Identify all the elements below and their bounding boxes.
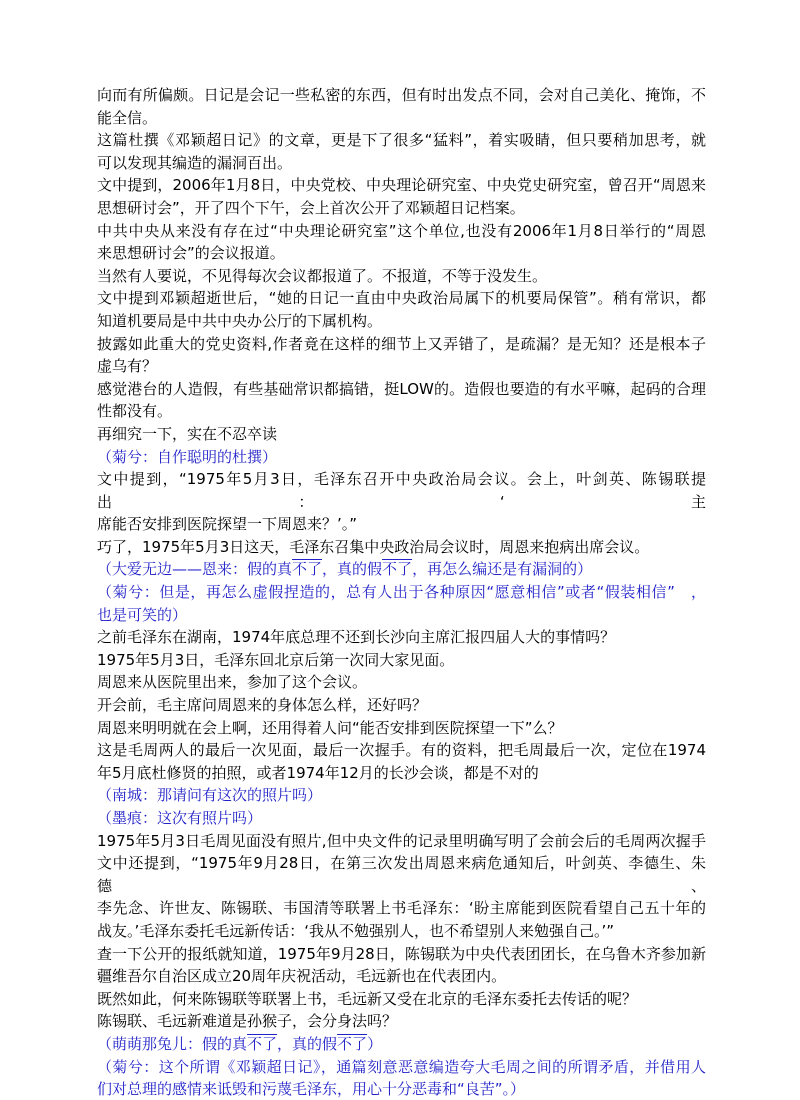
text-segment: ） <box>367 1035 382 1053</box>
text-line: 巧了，1975年5月3日这天，毛泽东召集中央政治局会议时，周恩来抱病出席会议。 <box>97 536 706 559</box>
text-segment: （大爱无边——恩来：假的真 <box>97 560 292 578</box>
text-line: （菊兮：这个所谓《邓颖超日记》，通篇刻意恶意编造夸大毛周之间的所谓矛盾，并借用人 <box>97 1056 706 1079</box>
text-segment: （萌萌那兔儿：假的真 <box>97 1035 247 1053</box>
text-line: 可以发现其编造的漏洞百出。 <box>97 152 706 175</box>
text-line: 披露如此重大的党史资料,作者竟在这样的细节上又弄错了，是疏漏？是无知？还是根本子 <box>97 333 706 356</box>
text-segment: 年5月底杜修贤的拍照，或者1974年12月的长沙会谈，都是不对的 <box>97 764 539 782</box>
overlined-text: 不了 <box>292 560 322 578</box>
text-line: 思想研讨会”，开了四个下午，会上首次公开了邓颖超日记档案。 <box>97 197 706 220</box>
text-line: 这篇杜撰《邓颖超日记》的文章，更是下了很多“猛料”，着实吸睛，但只要稍加思考，就 <box>97 129 706 152</box>
text-line: （大爱无边——恩来：假的真不了，真的假不了，再怎么编还是有漏洞的） <box>97 558 706 581</box>
text-segment: 文中提到邓颖超逝世后，“她的日记一直由中央政治局属下的机要局保管”。稍有常识，都 <box>97 289 706 307</box>
text-segment: 之前毛泽东在湖南，1974年底总理不还到长沙向主席汇报四届人大的事情吗？ <box>97 628 615 646</box>
text-line: 李先念、许世友、陈锡联、韦国清等联署上书毛泽东：‘盼主席能到医院看望自己五十年的 <box>97 897 706 920</box>
text-segment: 当然有人要说，不见得每次会议都报道了。不报道，不等于没发生。 <box>97 267 547 285</box>
text-line: 开会前，毛主席问周恩来的身体怎么样，还好吗？ <box>97 694 706 717</box>
text-segment: 李先念、许世友、陈锡联、韦国清等联署上书毛泽东：‘盼主席能到医院看望自己五十年的 <box>97 899 706 917</box>
text-line: 周恩来从医院里出来，参加了这个会议。 <box>97 671 706 694</box>
text-line: 再细究一下，实在不忍卒读 <box>97 423 706 446</box>
text-segment: 可以发现其编造的漏洞百出。 <box>97 154 292 172</box>
text-segment: 文中还提到，“1975年9月28日，在第三次发出周恩来病危通知后，叶剑英、李德生… <box>97 854 706 895</box>
text-line: 周恩来明明就在会上啊，还用得着人问“能否安排到医院探望一下”么？ <box>97 717 706 740</box>
text-line: 疆维吾尔自治区成立20周年庆祝活动，毛远新也在代表团内。 <box>97 965 706 988</box>
text-line: 这是毛周两人的最后一次见面，最后一次握手。有的资料，把毛周最后一次，定位在197… <box>97 739 706 762</box>
text-segment: 疆维吾尔自治区成立20周年庆祝活动，毛远新也在代表团内。 <box>97 967 506 985</box>
text-line: 战友。’毛泽东委托毛远新传话：‘我从不勉强别人，也不希望别人来勉强自己。’” <box>97 920 706 943</box>
text-segment: 再细究一下，实在不忍卒读 <box>97 425 277 443</box>
overlined-text: 不了 <box>382 560 412 578</box>
text-segment: 披露如此重大的党史资料,作者竟在这样的细节上又弄错了，是疏漏？是无知？还是根本子 <box>97 335 706 353</box>
text-segment: 既然如此，何来陈锡联等联署上书，毛远新又受在北京的毛泽东委托去传话的呢？ <box>97 990 637 1008</box>
overlined-text: 不了 <box>247 1035 277 1053</box>
text-line: 文中还提到，“1975年9月28日，在第三次发出周恩来病危通知后，叶剑英、李德生… <box>97 852 706 897</box>
text-line: 查一下公开的报纸就知道，1975年9月28日，陈锡联为中央代表团团长，在乌鲁木齐… <box>97 943 706 966</box>
text-line: 年5月底杜修贤的拍照，或者1974年12月的长沙会谈，都是不对的 <box>97 762 706 785</box>
text-segment: （南城：那请问有这次的照片吗） <box>97 786 322 804</box>
text-segment: 们对总理的感情来诋毁和污蔑毛泽东，用心十分恶毒和“良苦”。） <box>97 1080 525 1098</box>
text-segment: 这篇杜撰《邓颖超日记》的文章，更是下了很多“猛料”，着实吸睛，但只要稍加思考，就 <box>97 131 706 149</box>
text-line: （南城：那请问有这次的照片吗） <box>97 784 706 807</box>
text-segment: 来思想研讨会”的会议报道。 <box>97 244 285 262</box>
text-line: 中共中央从来没有存在过“中央理论研究室”这个单位,也没有2006年1月8日举行的… <box>97 220 706 243</box>
text-segment: ，真的假 <box>277 1035 337 1053</box>
text-segment: 文中提到，“1975年5月3日，毛泽东召开中央政治局会议。会上，叶剑英、陈锡联提… <box>97 470 706 511</box>
text-segment: 周恩来从医院里出来，参加了这个会议。 <box>97 673 367 691</box>
text-segment: 查一下公开的报纸就知道，1975年9月28日，陈锡联为中央代表团团长，在乌鲁木齐… <box>97 945 706 963</box>
text-line: 们对总理的感情来诋毁和污蔑毛泽东，用心十分恶毒和“良苦”。） <box>97 1078 706 1100</box>
overlined-text: 不了 <box>337 1035 367 1053</box>
text-line: 感觉港台的人造假，有些基础常识都搞错，挺LOW的。造假也要造的有水平嘛，起码的合… <box>97 378 706 401</box>
text-line: 文中提到，“1975年5月3日，毛泽东召开中央政治局会议。会上，叶剑英、陈锡联提… <box>97 468 706 513</box>
text-line: 文中提到，2006年1月8日，中央党校、中央理论研究室、中央党史研究室，曾召开“… <box>97 174 706 197</box>
document-page: 向而有所偏颇。日记是会记一些私密的东西，但有时出发点不同，会对自己美化、掩饰，不… <box>0 0 800 1100</box>
text-line: 来思想研讨会”的会议报道。 <box>97 242 706 265</box>
text-line: 虚乌有？ <box>97 355 706 378</box>
text-line: 1975年5月3日毛周见面没有照片,但中央文件的记录里明确写明了会前会后的毛周两… <box>97 830 706 853</box>
text-segment: 文中提到，2006年1月8日，中央党校、中央理论研究室、中央党史研究室，曾召开“… <box>97 176 706 194</box>
text-line: 向而有所偏颇。日记是会记一些私密的东西，但有时出发点不同，会对自己美化、掩饰，不 <box>97 84 706 107</box>
text-line: 知道机要局是中共中央办公厅的下属机构。 <box>97 310 706 333</box>
text-segment: 向而有所偏颇。日记是会记一些私密的东西，但有时出发点不同，会对自己美化、掩饰，不 <box>97 86 706 104</box>
text-segment: 也是可笑的） <box>97 606 187 624</box>
text-segment: 性都没有。 <box>97 402 172 420</box>
text-line: 能全信。 <box>97 107 706 130</box>
text-segment: （菊兮：但是，再怎么虚假捏造的，总有人出于各种原因“愿意相信”或者“假装相信” … <box>97 583 706 601</box>
text-segment: （菊兮：自作聪明的杜撰） <box>97 448 277 466</box>
text-segment: 能全信。 <box>97 109 157 127</box>
text-line: 也是可笑的） <box>97 604 706 627</box>
text-line: 当然有人要说，不见得每次会议都报道了。不报道，不等于没发生。 <box>97 265 706 288</box>
text-line: 文中提到邓颖超逝世后，“她的日记一直由中央政治局属下的机要局保管”。稍有常识，都 <box>97 287 706 310</box>
text-segment: ，再怎么编还是有漏洞的） <box>412 560 592 578</box>
text-line: （菊兮：但是，再怎么虚假捏造的，总有人出于各种原因“愿意相信”或者“假装相信” … <box>97 581 706 604</box>
document-body: 向而有所偏颇。日记是会记一些私密的东西，但有时出发点不同，会对自己美化、掩饰，不… <box>97 84 706 1100</box>
text-line: 陈锡联、毛远新难道是孙猴子，会分身法吗？ <box>97 1010 706 1033</box>
text-line: 之前毛泽东在湖南，1974年底总理不还到长沙向主席汇报四届人大的事情吗？ <box>97 626 706 649</box>
text-line: （萌萌那兔儿：假的真不了，真的假不了） <box>97 1033 706 1056</box>
text-segment: 感觉港台的人造假，有些基础常识都搞错，挺LOW的。造假也要造的有水平嘛，起码的合… <box>97 380 706 398</box>
text-segment: 中共中央从来没有存在过“中央理论研究室”这个单位,也没有2006年1月8日举行的… <box>97 222 706 240</box>
text-segment: 开会前，毛主席问周恩来的身体怎么样，还好吗？ <box>97 696 427 714</box>
text-segment: 巧了，1975年5月3日这天，毛泽东召集中央政治局会议时，周恩来抱病出席会议。 <box>97 538 649 556</box>
text-line: 既然如此，何来陈锡联等联署上书，毛远新又受在北京的毛泽东委托去传话的呢？ <box>97 988 706 1011</box>
text-line: 性都没有。 <box>97 400 706 423</box>
text-segment: 战友。’毛泽东委托毛远新传话：‘我从不勉强别人，也不希望别人来勉强自己。’” <box>97 922 614 940</box>
text-segment: 1975年5月3日，毛泽东回北京后第一次同大家见面。 <box>97 651 454 669</box>
text-segment: 虚乌有？ <box>97 357 157 375</box>
text-segment: （菊兮：这个所谓《邓颖超日记》，通篇刻意恶意编造夸大毛周之间的所谓矛盾，并借用人 <box>97 1058 706 1076</box>
text-segment: （墨痕：这次有照片吗） <box>97 809 262 827</box>
text-line: 1975年5月3日，毛泽东回北京后第一次同大家见面。 <box>97 649 706 672</box>
text-segment: ，真的假 <box>322 560 382 578</box>
text-segment: 周恩来明明就在会上啊，还用得着人问“能否安排到医院探望一下”么？ <box>97 719 563 737</box>
text-line: （墨痕：这次有照片吗） <box>97 807 706 830</box>
text-segment: 陈锡联、毛远新难道是孙猴子，会分身法吗？ <box>97 1012 397 1030</box>
text-line: （菊兮：自作聪明的杜撰） <box>97 446 706 469</box>
text-segment: 知道机要局是中共中央办公厅的下属机构。 <box>97 312 382 330</box>
text-segment: 思想研讨会”，开了四个下午，会上首次公开了邓颖超日记档案。 <box>97 199 525 217</box>
text-segment: 席能否安排到医院探望一下周恩来？’。” <box>97 515 357 533</box>
text-segment: 1975年5月3日毛周见面没有照片,但中央文件的记录里明确写明了会前会后的毛周两… <box>97 832 706 850</box>
text-line: 席能否安排到医院探望一下周恩来？’。” <box>97 513 706 536</box>
text-segment: 这是毛周两人的最后一次见面，最后一次握手。有的资料，把毛周最后一次，定位在197… <box>97 741 706 759</box>
